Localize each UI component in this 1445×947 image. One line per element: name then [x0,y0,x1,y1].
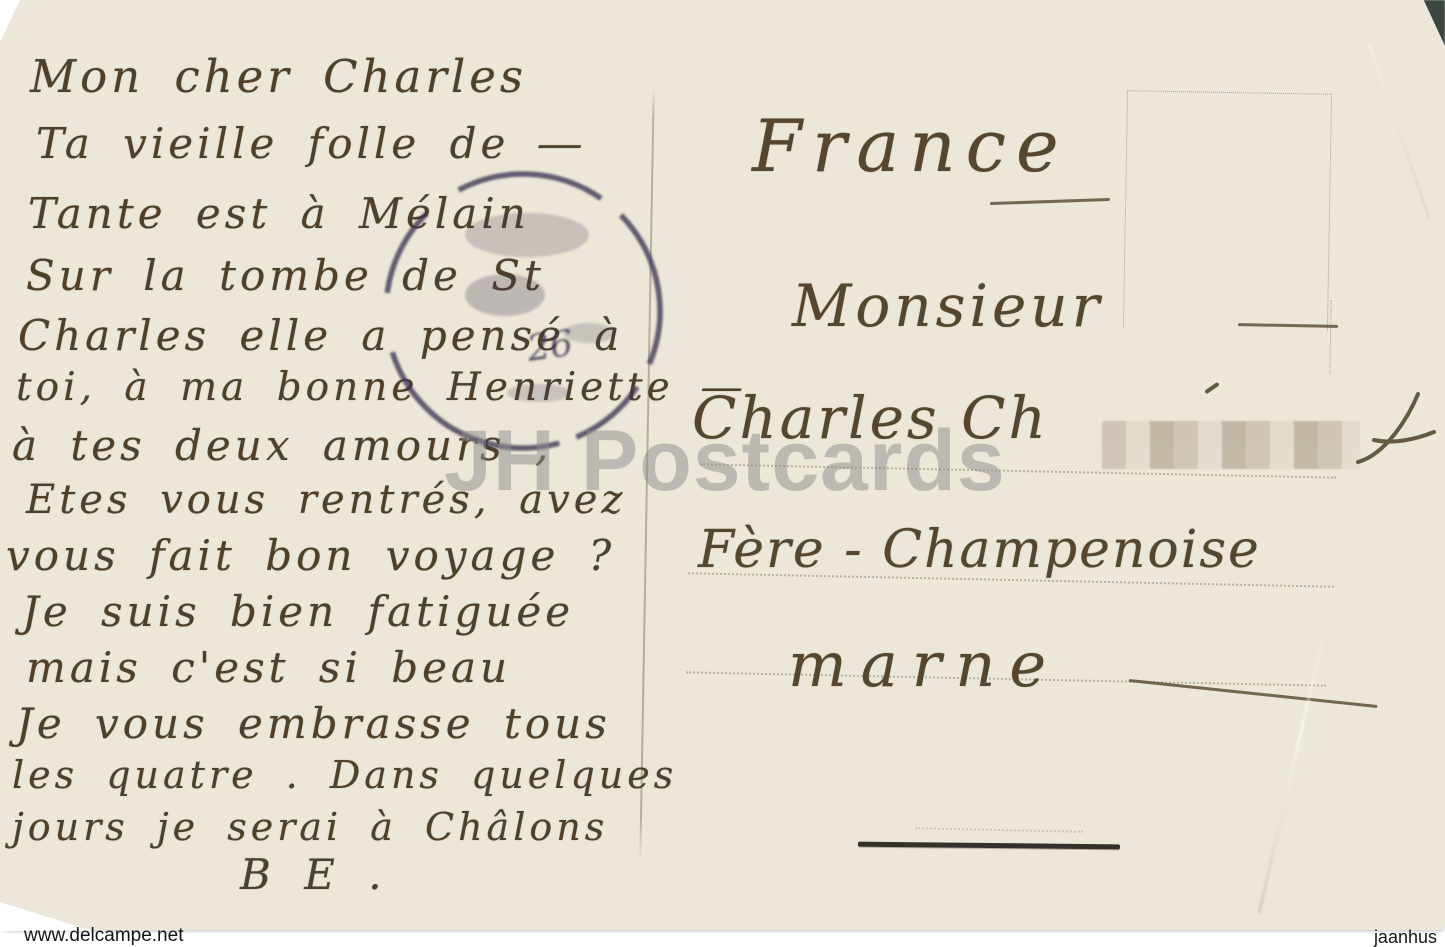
pen-flourish-redaction-tail [1348,388,1438,478]
address-department: marne [788,628,1060,701]
pen-accent-mark [1204,382,1219,394]
stamp-placement-box [1123,90,1332,331]
message-line-1: Mon cher Charles [30,50,527,103]
pen-flourish-france [990,198,1110,205]
footer-seller-text: jaanhus [1374,927,1437,947]
footer-site-text: www.delcampe.net [24,925,183,947]
message-signature: B E . [240,850,386,899]
message-line-11: mais c'est si beau [26,643,511,692]
postmark-digits: 26 [524,323,576,370]
address-dotted-line-4 [915,827,1083,833]
redacted-surname-block [1102,421,1360,469]
message-line-9: vous fait bon voyage ? [6,531,615,580]
stamp-box-right-edge [1329,300,1331,374]
message-line-2: Ta vieille folle de ― [36,119,585,168]
message-line-14: jours je serai à Châlons [12,805,608,849]
message-line-12: Je vous embrasse tous [16,699,611,748]
crease-bottom-right [1258,616,1330,914]
message-line-10: Je suis bien fatiguée [22,587,574,636]
address-country: France [752,104,1069,188]
scan-watermark: JH Postcards [444,412,1006,511]
address-locality: Fère - Champenoise [698,520,1261,580]
address-solid-line [858,842,1120,850]
address-salutation: Monsieur [792,272,1103,340]
crease-top-right [1368,43,1430,219]
message-line-13: les quatre . Dans quelques [12,753,677,797]
screenshot-stage: Mon cher Charles Ta vieille folle de ― T… [0,0,1445,947]
